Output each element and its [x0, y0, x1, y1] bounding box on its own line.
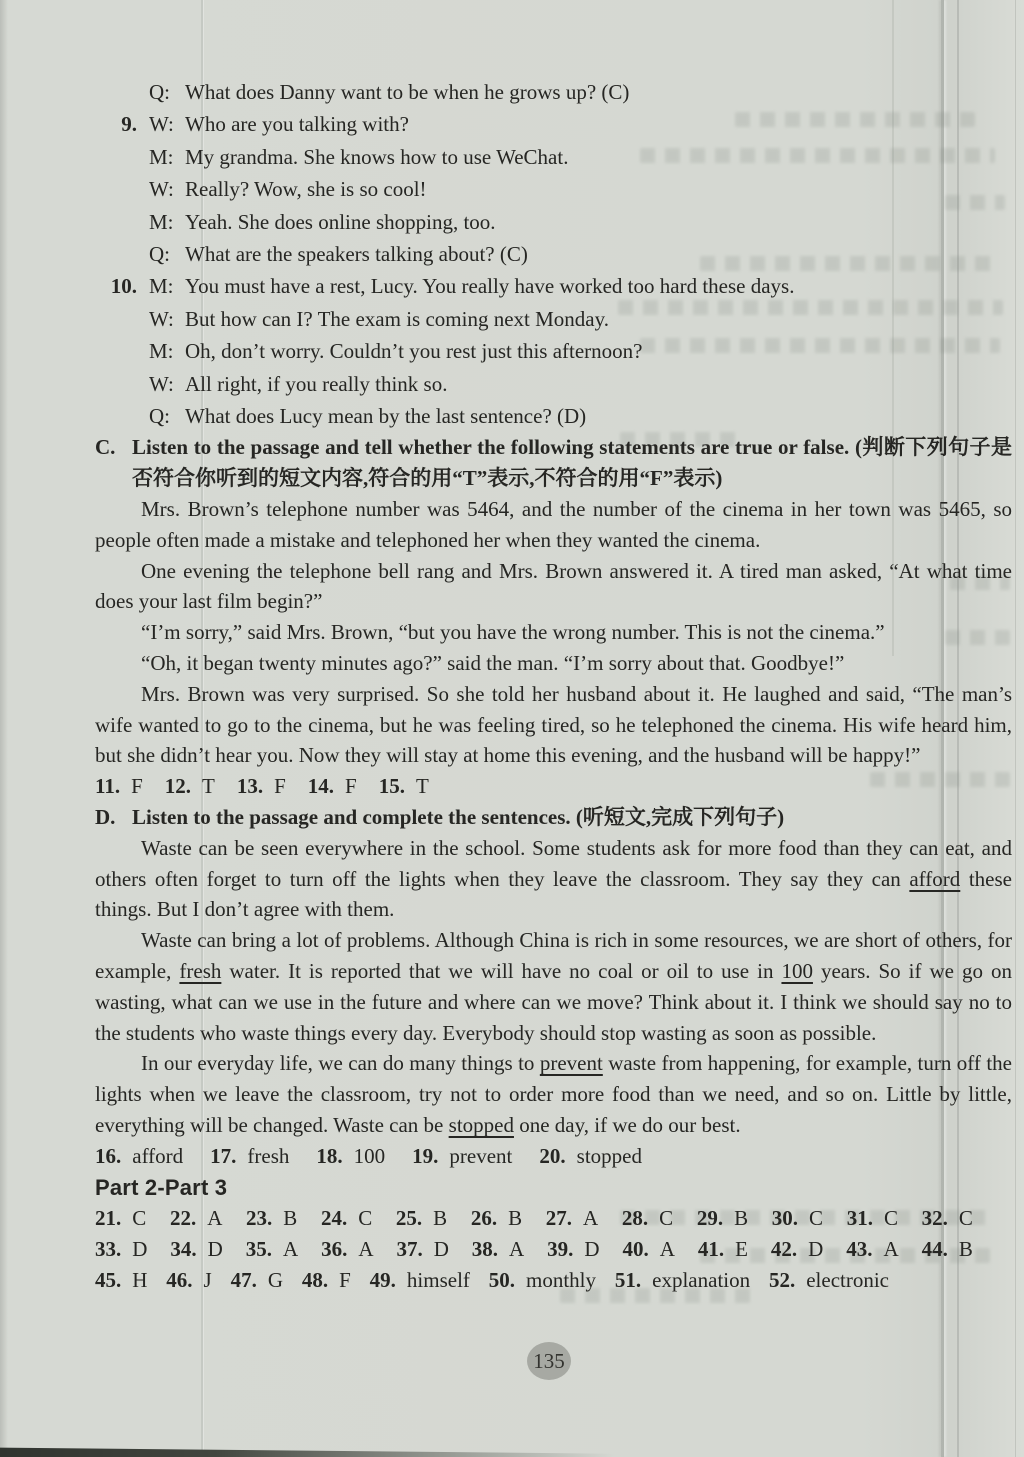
passage-paragraph: “I’m sorry,” said Mrs. Brown, “but you h… — [95, 617, 1012, 648]
answer-item: 48.F — [302, 1265, 351, 1296]
answer-item: 44.B — [922, 1234, 973, 1265]
answer-item: 35.A — [246, 1234, 298, 1265]
section-c-passage: Mrs. Brown’s telephone number was 5464, … — [95, 494, 1012, 771]
answer-value: D — [208, 1237, 223, 1261]
page-number: 135 — [533, 1349, 565, 1374]
answer-item: 11.F — [95, 771, 143, 802]
section-c-label: C. — [95, 432, 115, 463]
answer-number: 26. — [471, 1206, 497, 1230]
answer-row: 21.C22.A23.B24.C25.B26.B27.A28.C29.B30.C… — [95, 1203, 973, 1234]
dialogue-speaker: W: — [149, 108, 185, 140]
section-d-label: D. — [95, 802, 115, 833]
passage-paragraph: In our everyday life, we can do many thi… — [95, 1048, 1012, 1140]
dialogue-speaker: Q: — [149, 400, 185, 432]
page-crease — [1015, 0, 1016, 1457]
dialogue-line: Q:What are the speakers talking about? (… — [107, 238, 1012, 270]
answer-number: 27. — [546, 1206, 572, 1230]
answer-value: T — [416, 774, 429, 798]
answer-number: 52. — [769, 1268, 795, 1292]
passage-text: water. It is reported that we will have … — [221, 959, 781, 983]
dialogue-line: W:But how can I? The exam is coming next… — [107, 303, 1012, 335]
dialogue-text: Yeah. She does online shopping, too. — [185, 206, 1012, 238]
answer-item: 18.100 — [316, 1141, 385, 1172]
answer-number: 45. — [95, 1268, 121, 1292]
section-c: C.Listen to the passage and tell whether… — [95, 432, 1012, 802]
answer-number: 31. — [847, 1206, 873, 1230]
answer-value: A — [358, 1237, 373, 1261]
dialogue-text: You must have a rest, Lucy. You really h… — [185, 270, 1012, 302]
answer-grid: 21.C22.A23.B24.C25.B26.B27.A28.C29.B30.C… — [95, 1203, 1012, 1297]
answer-value: A — [884, 1237, 899, 1261]
answer-value: prevent — [449, 1144, 512, 1168]
answer-number: 15. — [379, 774, 405, 798]
dialogue-number: 9. — [107, 108, 137, 140]
dialogue-line: M:My grandma. She knows how to use WeCha… — [107, 141, 1012, 173]
dialogue-line: 10.M:You must have a rest, Lucy. You rea… — [107, 270, 1012, 302]
scanned-answer-page: { "colors": { "paper": "#d5d8d2", "ink":… — [0, 0, 1024, 1457]
page-edge-shadow — [0, 0, 8, 1457]
passage-paragraph: Waste can be seen everywhere in the scho… — [95, 833, 1012, 925]
answer-value: D — [808, 1237, 823, 1261]
dialogue-speaker: Q: — [149, 76, 185, 108]
answer-item: 28.C — [622, 1203, 673, 1234]
answer-value: himself — [407, 1268, 470, 1292]
answer-value: A — [583, 1206, 598, 1230]
answer-value: explanation — [652, 1268, 750, 1292]
passage-paragraph: Mrs. Brown was very surprised. So she to… — [95, 679, 1012, 771]
answer-number: 39. — [547, 1237, 573, 1261]
section-c-title: Listen to the passage and tell whether t… — [132, 435, 849, 459]
answer-item: 16.afford — [95, 1141, 183, 1172]
answer-item: 27.A — [546, 1203, 598, 1234]
answer-number: 19. — [412, 1144, 438, 1168]
dialogue-number — [107, 206, 137, 238]
answer-item: 34.D — [170, 1234, 222, 1265]
answer-item: 41.E — [698, 1234, 748, 1265]
answer-number: 38. — [472, 1237, 498, 1261]
answer-value: C — [358, 1206, 372, 1230]
answer-value: D — [434, 1237, 449, 1261]
dialogue-line: W:Really? Wow, she is so cool! — [107, 173, 1012, 205]
answer-number: 11. — [95, 774, 120, 798]
answer-value: electronic — [806, 1268, 889, 1292]
dialogue-text: Oh, don’t worry. Couldn’t you rest just … — [185, 335, 1012, 367]
answer-number: 33. — [95, 1237, 121, 1261]
dialogue-text: What are the speakers talking about? (C) — [185, 238, 1012, 270]
answer-item: 52.electronic — [769, 1265, 889, 1296]
answer-number: 20. — [539, 1144, 565, 1168]
passage-text: “Oh, it began twenty minutes ago?” said … — [141, 651, 844, 675]
dialogue-number — [107, 173, 137, 205]
answers-16-20: 16.afford17.fresh18.10019.prevent20.stop… — [95, 1141, 1012, 1172]
answer-value: B — [433, 1206, 447, 1230]
answer-row: 33.D34.D35.A36.A37.D38.A39.D40.A41.E42.D… — [95, 1234, 973, 1265]
dialogue-number — [107, 76, 137, 108]
dialogue-text: Who are you talking with? — [185, 108, 1012, 140]
answer-value: A — [660, 1237, 675, 1261]
answer-item: 23.B — [246, 1203, 297, 1234]
underlined-answer-word: stopped — [449, 1113, 514, 1137]
dialogue-line: Q:What does Lucy mean by the last senten… — [107, 400, 1012, 432]
passage-text: Waste can be seen everywhere in the scho… — [95, 836, 1012, 891]
passage-text: In our everyday life, we can do many thi… — [141, 1051, 540, 1075]
dialogue-speaker: Q: — [149, 238, 185, 270]
dialogue-speaker: M: — [149, 141, 185, 173]
section-d-heading: D.Listen to the passage and complete the… — [95, 802, 1012, 833]
answer-number: 49. — [370, 1268, 396, 1292]
dialogue-line: Q:What does Danny want to be when he gro… — [107, 76, 1012, 108]
answer-item: 21.C — [95, 1203, 146, 1234]
answer-value: D — [584, 1237, 599, 1261]
dialogue-line: M:Oh, don’t worry. Couldn’t you rest jus… — [107, 335, 1012, 367]
answer-number: 37. — [396, 1237, 422, 1261]
dialogue-text: All right, if you really think so. — [185, 368, 1012, 400]
answer-number: 32. — [922, 1206, 948, 1230]
answer-number: 24. — [321, 1206, 347, 1230]
dialogue-line: 9.W:Who are you talking with? — [107, 108, 1012, 140]
answer-item: 15.T — [379, 771, 429, 802]
answer-item: 43.A — [846, 1234, 898, 1265]
answer-item: 19.prevent — [412, 1141, 512, 1172]
answer-item: 22.A — [170, 1203, 222, 1234]
answer-item: 26.B — [471, 1203, 522, 1234]
answer-item: 38.A — [472, 1234, 524, 1265]
passage-paragraph: Waste can bring a lot of problems. Altho… — [95, 925, 1012, 1048]
answer-number: 51. — [615, 1268, 641, 1292]
answer-number: 13. — [237, 774, 263, 798]
answer-item: 42.D — [771, 1234, 823, 1265]
answer-value: A — [283, 1237, 298, 1261]
answer-value: T — [202, 774, 215, 798]
answer-value: A — [509, 1237, 524, 1261]
answer-item: 47.G — [231, 1265, 283, 1296]
answer-value: 100 — [354, 1144, 386, 1168]
answer-value: B — [734, 1206, 748, 1230]
dialogue-speaker: W: — [149, 368, 185, 400]
scan-edge-shadow — [0, 1446, 615, 1457]
answer-number: 16. — [95, 1144, 121, 1168]
answer-value: D — [132, 1237, 147, 1261]
answer-value: B — [508, 1206, 522, 1230]
part2-part3: Part 2-Part 3 21.C22.A23.B24.C25.B26.B27… — [95, 1172, 1012, 1297]
answer-value: H — [132, 1268, 147, 1292]
answer-number: 30. — [772, 1206, 798, 1230]
answer-item: 20.stopped — [539, 1141, 642, 1172]
answer-value: C — [659, 1206, 673, 1230]
dialogue-text: My grandma. She knows how to use WeChat. — [185, 141, 1012, 173]
answer-number: 41. — [698, 1237, 724, 1261]
answer-value: A — [207, 1206, 222, 1230]
dialogue-speaker: W: — [149, 303, 185, 335]
dialogue-line: W:All right, if you really think so. — [107, 368, 1012, 400]
answer-item: 13.F — [237, 771, 286, 802]
dialogue-number — [107, 368, 137, 400]
answer-number: 29. — [697, 1206, 723, 1230]
dialogue-speaker: M: — [149, 335, 185, 367]
passage-paragraph: “Oh, it began twenty minutes ago?” said … — [95, 648, 1012, 679]
passage-text: Mrs. Brown’s telephone number was 5464, … — [95, 497, 1012, 552]
answer-value: J — [204, 1268, 212, 1292]
dialogue-number — [107, 303, 137, 335]
answer-item: 37.D — [396, 1234, 448, 1265]
answer-item: 31.C — [847, 1203, 898, 1234]
answer-value: afford — [132, 1144, 183, 1168]
dialogue-speaker: M: — [149, 270, 185, 302]
passage-paragraph: One evening the telephone bell rang and … — [95, 556, 1012, 618]
dialogue-text: But how can I? The exam is coming next M… — [185, 303, 1012, 335]
passage-text: One evening the telephone bell rang and … — [95, 559, 1012, 614]
section-d: D.Listen to the passage and complete the… — [95, 802, 1012, 1172]
passage-text: one day, if we do our best. — [514, 1113, 741, 1137]
answer-value: B — [959, 1237, 973, 1261]
passage-text: Mrs. Brown was very surprised. So she to… — [95, 682, 1012, 768]
listening-dialogue-transcript: Q:What does Danny want to be when he gro… — [107, 76, 1012, 432]
section-d-passage: Waste can be seen everywhere in the scho… — [95, 833, 1012, 1141]
dialogue-text: What does Lucy mean by the last sentence… — [185, 400, 1012, 432]
answer-number: 48. — [302, 1268, 328, 1292]
answer-item: 29.B — [697, 1203, 748, 1234]
dialogue-speaker: W: — [149, 173, 185, 205]
answer-number: 46. — [166, 1268, 192, 1292]
underlined-answer-word: fresh — [179, 959, 221, 983]
answer-number: 34. — [170, 1237, 196, 1261]
answer-value: monthly — [526, 1268, 596, 1292]
answer-number: 40. — [623, 1237, 649, 1261]
answer-number: 17. — [210, 1144, 236, 1168]
answer-value: B — [283, 1206, 297, 1230]
passage-paragraph: Mrs. Brown’s telephone number was 5464, … — [95, 494, 1012, 556]
answer-value: F — [339, 1268, 351, 1292]
answer-value: F — [131, 774, 143, 798]
answer-number: 43. — [846, 1237, 872, 1261]
dialogue-number — [107, 335, 137, 367]
answer-value: G — [268, 1268, 283, 1292]
section-d-title-chinese: (听短文,完成下列句子) — [576, 805, 784, 829]
answer-number: 28. — [622, 1206, 648, 1230]
dialogue-text: What does Danny want to be when he grows… — [185, 76, 1012, 108]
answer-number: 25. — [396, 1206, 422, 1230]
underlined-answer-word: 100 — [781, 959, 813, 983]
answer-number: 22. — [170, 1206, 196, 1230]
answer-item: 49.himself — [370, 1265, 470, 1296]
answer-number: 36. — [321, 1237, 347, 1261]
answer-number: 50. — [489, 1268, 515, 1292]
dialogue-text: Really? Wow, she is so cool! — [185, 173, 1012, 205]
section-c-heading: C.Listen to the passage and tell whether… — [95, 432, 1012, 494]
dialogue-line: M:Yeah. She does online shopping, too. — [107, 206, 1012, 238]
answer-value: C — [884, 1206, 898, 1230]
dialogue-number: 10. — [107, 270, 137, 302]
answer-value: F — [345, 774, 357, 798]
answer-number: 44. — [922, 1237, 948, 1261]
answer-value: C — [809, 1206, 823, 1230]
underlined-answer-word: prevent — [540, 1051, 603, 1075]
answer-value: C — [959, 1206, 973, 1230]
answer-item: 33.D — [95, 1234, 147, 1265]
answer-item: 14.F — [308, 771, 357, 802]
answer-item: 40.A — [623, 1234, 675, 1265]
answer-item: 39.D — [547, 1234, 599, 1265]
answer-item: 32.C — [922, 1203, 973, 1234]
passage-text: “I’m sorry,” said Mrs. Brown, “but you h… — [141, 620, 885, 644]
dialogue-number — [107, 400, 137, 432]
answer-value: E — [735, 1237, 748, 1261]
answer-item: 45.H — [95, 1265, 147, 1296]
answer-item: 17.fresh — [210, 1141, 289, 1172]
dialogue-number — [107, 238, 137, 270]
answer-number: 18. — [316, 1144, 342, 1168]
answer-value: C — [132, 1206, 146, 1230]
answer-item: 30.C — [772, 1203, 823, 1234]
answer-item: 50.monthly — [489, 1265, 596, 1296]
answer-item: 25.B — [396, 1203, 447, 1234]
answer-number: 12. — [165, 774, 191, 798]
answer-item: 46.J — [166, 1265, 211, 1296]
underlined-answer-word: afford — [909, 867, 960, 891]
answers-11-15: 11.F12.T13.F14.F15.T — [95, 771, 1012, 802]
answer-item: 24.C — [321, 1203, 372, 1234]
answer-value: F — [274, 774, 286, 798]
answer-item: 36.A — [321, 1234, 373, 1265]
page-number-badge: 135 — [527, 1342, 571, 1380]
answer-value: stopped — [577, 1144, 642, 1168]
answer-number: 42. — [771, 1237, 797, 1261]
dialogue-number — [107, 141, 137, 173]
answer-item: 51.explanation — [615, 1265, 750, 1296]
answer-number: 23. — [246, 1206, 272, 1230]
answer-number: 35. — [246, 1237, 272, 1261]
answer-item: 12.T — [165, 771, 215, 802]
section-d-title: Listen to the passage and complete the s… — [132, 805, 571, 829]
dialogue-speaker: M: — [149, 206, 185, 238]
answer-row: 45.H46.J47.G48.F49.himself50.monthly51.e… — [95, 1265, 889, 1296]
part2-part3-heading: Part 2-Part 3 — [95, 1172, 1012, 1203]
answer-value: fresh — [247, 1144, 289, 1168]
answer-number: 14. — [308, 774, 334, 798]
page-content: Q:What does Danny want to be when he gro… — [95, 76, 1012, 1296]
answer-number: 21. — [95, 1206, 121, 1230]
answer-number: 47. — [231, 1268, 257, 1292]
